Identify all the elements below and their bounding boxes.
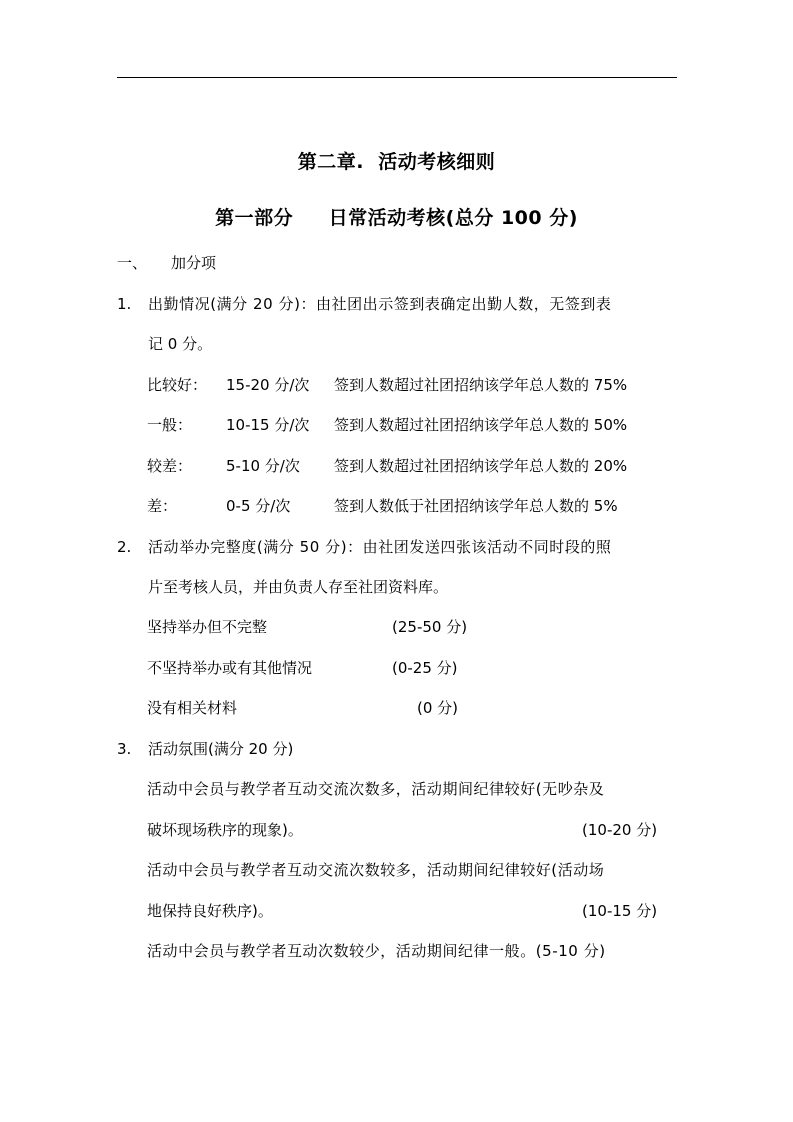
item-number: 2. [117, 537, 131, 557]
item-number: 1. [117, 294, 131, 314]
item-2-line-1: 活动举办完整度(满分 50 分)：由社团发送四张该活动不同时段的照 [148, 537, 611, 557]
level-label: 较差： [147, 456, 192, 476]
score-range: (0 分) [417, 698, 458, 718]
item-3-line-1: 活动氛围(满分 20 分) [148, 739, 293, 759]
part-title: 第一部分 日常活动考核(总分 100 分) [0, 206, 793, 230]
criterion-text-line-2: 地保持良好秩序)。 [147, 901, 273, 921]
criterion: 签到人数低于社团招纳该学年总人数的 5% [334, 496, 618, 516]
level-label: 比较好： [147, 375, 207, 395]
criterion-text-line-1: 活动中会员与教学者互动交流次数较多，活动期间纪律较好(活动场 [147, 860, 604, 880]
score-range: 0-5 分/次 [226, 496, 290, 516]
criterion-text-line-2: 破坏现场秩序的现象)。 [147, 820, 303, 840]
document-page: 第二章. 活动考核细则 第一部分 日常活动考核(总分 100 分) 一、 加分项… [0, 0, 793, 1122]
item-1-line-1: 出勤情况(满分 20 分)：由社团出示签到表确定出勤人数，无签到表 [148, 294, 611, 314]
section-marker: 一、 [117, 253, 147, 273]
score-range: 5-10 分/次 [226, 456, 300, 476]
condition: 坚持举办但不完整 [147, 617, 267, 637]
score-range: 15-20 分/次 [226, 375, 309, 395]
header-rule [117, 77, 677, 78]
level-label: 一般： [147, 415, 192, 435]
item-1-line-2: 记 0 分。 [148, 334, 212, 354]
criterion-text-line-1: 活动中会员与教学者互动次数较少，活动期间纪律一般。(5-10 分) [147, 941, 606, 961]
score-range: 10-15 分/次 [226, 415, 309, 435]
score-range: (0-25 分) [392, 658, 458, 678]
condition: 没有相关材料 [147, 698, 237, 718]
criterion: 签到人数超过社团招纳该学年总人数的 20% [334, 456, 627, 476]
level-label: 差： [147, 496, 177, 516]
score-range: (10-15 分) [582, 901, 657, 921]
item-number: 3. [117, 739, 131, 759]
chapter-title: 第二章. 活动考核细则 [0, 150, 793, 174]
criterion: 签到人数超过社团招纳该学年总人数的 50% [334, 415, 627, 435]
item-2-line-2: 片至考核人员，并由负责人存至社团资料库。 [148, 577, 448, 597]
score-range: (10-20 分) [582, 820, 657, 840]
score-range: (25-50 分) [392, 617, 467, 637]
criterion-text-line-1: 活动中会员与教学者互动交流次数多，活动期间纪律较好(无吵杂及 [147, 779, 604, 799]
section-title: 加分项 [171, 253, 216, 273]
criterion: 签到人数超过社团招纳该学年总人数的 75% [334, 375, 627, 395]
condition: 不坚持举办或有其他情况 [147, 658, 312, 678]
